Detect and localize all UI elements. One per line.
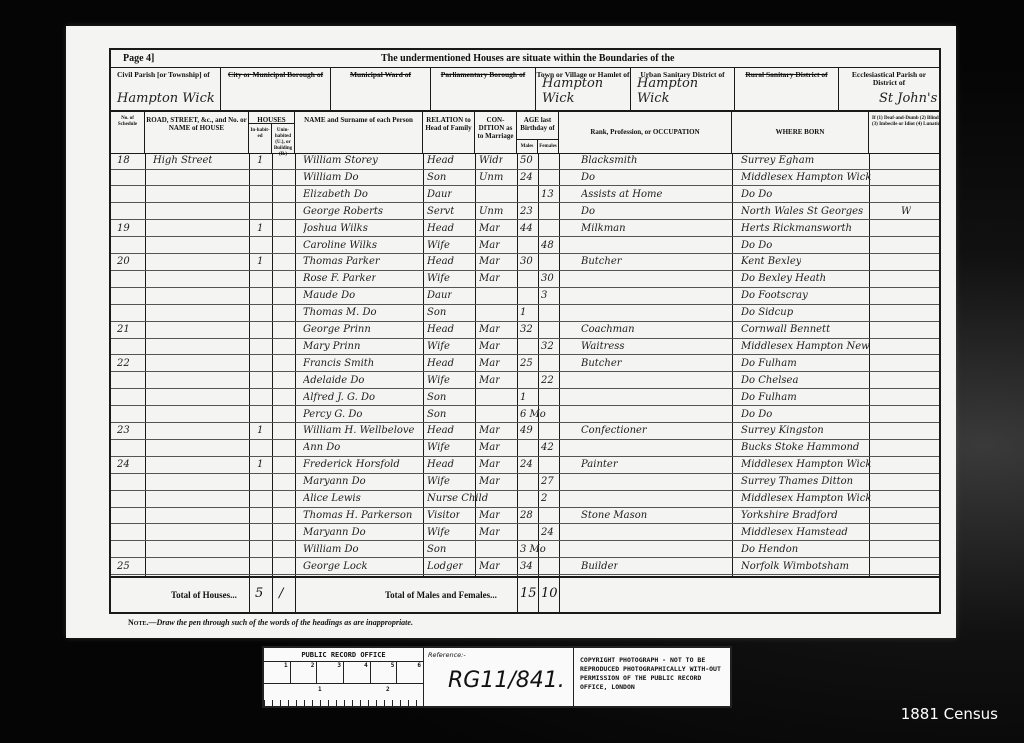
cell-relation: Servt — [427, 206, 454, 217]
title-row: Page 4] The undermentioned Houses are si… — [111, 50, 939, 68]
table-row: Caroline WilksWifeMar48Do Do — [111, 239, 939, 255]
totals-row: Total of Houses... 5 / Total of Males an… — [111, 576, 939, 612]
cell-name: George Lock — [303, 561, 368, 572]
table-row: Alice LewisNurse Child2Middlesex Hampton… — [111, 492, 939, 508]
cell-occupation: Painter — [581, 459, 618, 470]
cell-condition: Widr — [479, 155, 503, 166]
cell-name: Thomas Parker — [303, 256, 380, 267]
col-uninhabited: Unin-habited (U.), or Building (B.) — [272, 124, 295, 154]
cell-male: 44 — [520, 223, 533, 234]
cell-condition: Mar — [479, 561, 500, 572]
cell-occupation: Confectioner — [581, 425, 647, 436]
cell-name: William Do — [303, 544, 359, 555]
cell-name: Francis Smith — [303, 358, 374, 369]
cell-born: North Wales St Georges — [741, 206, 863, 217]
cell-condition: Unm — [479, 206, 503, 217]
cell-male: 24 — [520, 172, 533, 183]
col-where-born: WHERE BORN — [732, 112, 869, 153]
cell-male: 50 — [520, 155, 533, 166]
cell-born: Do Bexley Heath — [741, 273, 826, 284]
column-headers: No. of Schedule ROAD, STREET, &c., and N… — [111, 112, 939, 154]
town-value: Hampton Wick — [542, 76, 630, 106]
cell-schedule: 19 — [117, 223, 130, 234]
table-row: Ann DoWifeMar42Bucks Stoke Hammond — [111, 441, 939, 457]
cell-female: 32 — [541, 341, 554, 352]
table-row: 191Joshua WilksHeadMar44MilkmanHerts Ric… — [111, 222, 939, 238]
cell-born: Surrey Thames Ditton — [741, 476, 853, 487]
cell-born: Middlesex Hamstead — [741, 527, 848, 538]
table-row: William DoSonUnm24DoMiddlesex Hampton Wi… — [111, 171, 939, 187]
cell-female: 3 — [541, 290, 547, 301]
ecclesiastical-value: St John's — [879, 91, 937, 106]
cell-relation: Head — [427, 459, 454, 470]
cell-relation: Lodger — [427, 561, 463, 572]
cell-born: Surrey Egham — [741, 155, 814, 166]
cell-male: 23 — [520, 206, 533, 217]
cell-condition: Mar — [479, 476, 500, 487]
total-persons-label: Total of Males and Females... — [385, 590, 497, 600]
cell-relation: Head — [427, 155, 454, 166]
public-record-office-label: PUBLIC RECORD OFFICE 1 2 3 4 5 6 1 2 Ref… — [262, 646, 732, 708]
cell-female: 48 — [541, 240, 554, 251]
cell-name: Frederick Horsfold — [303, 459, 400, 470]
table-row: Rose F. ParkerWifeMar30Do Bexley Heath — [111, 272, 939, 288]
cell-name: Percy G. Do — [303, 409, 362, 420]
cell-relation: Son — [427, 409, 446, 420]
parliamentary-borough: Parliamentary Borough of — [431, 68, 536, 110]
cell-male: 30 — [520, 256, 533, 267]
civil-parish-value: Hampton Wick — [117, 91, 215, 106]
cell-male: 34 — [520, 561, 533, 572]
cell-condition: Mar — [479, 425, 500, 436]
cell-inhabited: 1 — [257, 459, 263, 470]
cell-born: Yorkshire Bradford — [741, 510, 838, 521]
census-form: Page 4] The undermentioned Houses are si… — [109, 48, 941, 614]
cell-condition: Mar — [479, 324, 500, 335]
cell-name: Maryann Do — [303, 527, 366, 538]
cell-name: Maude Do — [303, 290, 355, 301]
cell-relation: Head — [427, 223, 454, 234]
cell-male: 1 — [520, 307, 526, 318]
cell-name: William Do — [303, 172, 359, 183]
urban-value: Hampton Wick — [637, 76, 734, 106]
cell-relation: Son — [427, 392, 446, 403]
pro-ruler-block: PUBLIC RECORD OFFICE 1 2 3 4 5 6 1 2 — [264, 648, 424, 706]
cell-name: George Prinn — [303, 324, 371, 335]
cell-schedule: 23 — [117, 425, 130, 436]
cell-relation: Wife — [427, 527, 450, 538]
table-row: 18High Street1William StoreyHeadWidr50Bl… — [111, 154, 939, 170]
cell-relation: Son — [427, 172, 446, 183]
table-row: Maryann DoWifeMar27Surrey Thames Ditton — [111, 475, 939, 491]
cell-female: 22 — [541, 375, 554, 386]
table-row: 22Francis SmithHeadMar25ButcherDo Fulham — [111, 357, 939, 373]
cell-condition: Mar — [479, 240, 500, 251]
cell-relation: Head — [427, 358, 454, 369]
cell-name: Caroline Wilks — [303, 240, 377, 251]
census-year-watermark: 1881 Census — [901, 705, 998, 723]
cell-male: 25 — [520, 358, 533, 369]
col-relation: RELATION to Head of Family — [423, 112, 475, 153]
cell-name: Alfred J. G. Do — [303, 392, 375, 403]
table-row: Elizabeth DoDaur13Assists at HomeDo Do — [111, 188, 939, 204]
col-name: NAME and Surname of each Person — [295, 112, 423, 153]
cell-schedule: 24 — [117, 459, 130, 470]
rural-sanitary: Rural Sanitary District of — [735, 68, 839, 110]
cell-born: Cornwall Bennett — [741, 324, 830, 335]
cell-name: William H. Wellbelove — [303, 425, 414, 436]
cell-male: 6 Mo — [520, 409, 546, 420]
cell-born: Do Do — [741, 189, 772, 200]
municipal-ward: Municipal Ward of — [331, 68, 431, 110]
table-row: Maude DoDaur3Do Footscray — [111, 289, 939, 305]
cell-male: 49 — [520, 425, 533, 436]
ruler-ticks: 1 2 — [264, 684, 423, 706]
table-row: Thomas H. ParkersonVisitorMar28Stone Mas… — [111, 509, 939, 525]
cell-name: Rose F. Parker — [303, 273, 376, 284]
cell-schedule: 25 — [117, 561, 130, 572]
cell-occupation: Milkman — [581, 223, 626, 234]
table-row: 201Thomas ParkerHeadMar30ButcherKent Bex… — [111, 255, 939, 271]
cell-relation: Nurse Child — [427, 493, 488, 504]
col-condition: CON-DITION as to Marriage — [475, 112, 517, 153]
cell-occupation: Do — [581, 172, 595, 183]
cell-condition: Mar — [479, 341, 500, 352]
table-row: 241Frederick HorsfoldHeadMar24PainterMid… — [111, 458, 939, 474]
pro-reference-block: Reference:- RG11/841. — [424, 648, 574, 706]
cell-name: Thomas M. Do — [303, 307, 377, 318]
cell-born: Do Fulham — [741, 358, 797, 369]
cell-male: 3 Mo — [520, 544, 546, 555]
cell-born: Do Footscray — [741, 290, 808, 301]
table-row: 21George PrinnHeadMar32CoachmanCornwall … — [111, 323, 939, 339]
cell-condition: Unm — [479, 172, 503, 183]
cell-relation: Daur — [427, 290, 452, 301]
cell-born: Do Hendon — [741, 544, 798, 555]
cell-relation: Head — [427, 324, 454, 335]
table-row: Percy G. DoSon6 MoDo Do — [111, 408, 939, 424]
table-row: Mary PrinnWifeMar32WaitressMiddlesex Ham… — [111, 340, 939, 356]
cell-condition: Mar — [479, 256, 500, 267]
cell-born: Do Do — [741, 240, 772, 251]
total-houses-inhabited: 5 — [255, 586, 263, 601]
cell-relation: Wife — [427, 273, 450, 284]
footnote: Note.—Draw the pen through such of the w… — [128, 618, 413, 627]
cell-female: 2 — [541, 493, 547, 504]
cell-born: Bucks Stoke Hammond — [741, 442, 859, 453]
cell-condition: Mar — [479, 375, 500, 386]
cell-name: Ann Do — [303, 442, 340, 453]
cell-occupation: Blacksmith — [581, 155, 637, 166]
cell-condition: Mar — [479, 510, 500, 521]
cell-born: Norfolk Wimbotsham — [741, 561, 849, 572]
total-females: 10 — [541, 586, 558, 601]
cell-occupation: Butcher — [581, 256, 622, 267]
cell-born: Middlesex Hampton Wick — [741, 493, 871, 504]
cell-condition: Mar — [479, 273, 500, 284]
cell-relation: Head — [427, 425, 454, 436]
col-houses: HOUSES — [249, 112, 295, 124]
cell-born: Surrey Kingston — [741, 425, 824, 436]
col-schedule: No. of Schedule — [111, 112, 145, 153]
cell-condition: Mar — [479, 358, 500, 369]
cell-born: Do Do — [741, 409, 772, 420]
cell-schedule: 18 — [117, 155, 130, 166]
cell-relation: Wife — [427, 240, 450, 251]
table-row: Alfred J. G. DoSon1Do Fulham — [111, 391, 939, 407]
col-occupation: Rank, Profession, or OCCUPATION — [559, 112, 732, 153]
cell-relation: Son — [427, 544, 446, 555]
col-age: AGE last Birthday of — [517, 112, 559, 140]
total-houses-label: Total of Houses... — [171, 590, 237, 600]
table-row: 231William H. WellbeloveHeadMar49Confect… — [111, 424, 939, 440]
table-row: Maryann DoWifeMar24Middlesex Hamstead — [111, 526, 939, 542]
admin-boundaries: Civil Parish [or Township] of Hampton Wi… — [111, 68, 939, 112]
cell-born: Kent Bexley — [741, 256, 801, 267]
cell-inhabited: 1 — [257, 425, 263, 436]
cell-born: Do Fulham — [741, 392, 797, 403]
cell-name: Mary Prinn — [303, 341, 360, 352]
cell-relation: Wife — [427, 341, 450, 352]
table-row: Adelaide DoWifeMar22Do Chelsea — [111, 374, 939, 390]
cell-name: George Roberts — [303, 206, 383, 217]
col-inhabited: In-habit-ed — [249, 124, 272, 154]
cell-male: 24 — [520, 459, 533, 470]
cell-infirmity: W — [901, 206, 911, 217]
ecclesiastical-parish: Ecclesiastical Parish or District of St … — [839, 68, 939, 110]
cell-female: 30 — [541, 273, 554, 284]
ruler-inches: 1 2 3 4 5 6 — [264, 662, 423, 684]
cell-relation: Wife — [427, 476, 450, 487]
municipal-borough: City or Municipal Borough of — [221, 68, 331, 110]
cell-occupation: Butcher — [581, 358, 622, 369]
cell-name: Joshua Wilks — [303, 223, 368, 234]
cell-schedule: 22 — [117, 358, 130, 369]
cell-male: 28 — [520, 510, 533, 521]
cell-condition: Mar — [479, 223, 500, 234]
cell-born: Middlesex Hampton Wick — [741, 172, 871, 183]
cell-occupation: Builder — [581, 561, 618, 572]
cell-inhabited: 1 — [257, 155, 263, 166]
cell-schedule: 20 — [117, 256, 130, 267]
cell-male: 1 — [520, 392, 526, 403]
cell-born: Middlesex Hampton Wick — [741, 459, 871, 470]
cell-condition: Mar — [479, 527, 500, 538]
cell-occupation: Assists at Home — [581, 189, 662, 200]
cell-occupation: Coachman — [581, 324, 635, 335]
cell-name: Adelaide Do — [303, 375, 364, 386]
cell-female: 42 — [541, 442, 554, 453]
civil-parish: Civil Parish [or Township] of Hampton Wi… — [111, 68, 221, 110]
cell-relation: Wife — [427, 375, 450, 386]
cell-inhabited: 1 — [257, 256, 263, 267]
cell-name: William Storey — [303, 155, 378, 166]
total-houses-uninhabited: / — [279, 586, 283, 601]
cell-female: 13 — [541, 189, 554, 200]
cell-relation: Head — [427, 256, 454, 267]
col-road: ROAD, STREET, &c., and No. or NAME of HO… — [145, 112, 249, 153]
pro-office-name: PUBLIC RECORD OFFICE — [264, 648, 423, 662]
cell-road: High Street — [153, 155, 212, 166]
cell-condition: Mar — [479, 459, 500, 470]
table-row: William DoSon3 MoDo Hendon — [111, 543, 939, 559]
cell-relation: Visitor — [427, 510, 460, 521]
table-row: George RobertsServtUnm23DoNorth Wales St… — [111, 205, 939, 221]
urban-sanitary: Urban Sanitary District of Hampton Wick — [631, 68, 735, 110]
copyright-notice: COPYRIGHT PHOTOGRAPH - NOT TO BE REPRODU… — [574, 648, 730, 706]
cell-male: 32 — [520, 324, 533, 335]
cell-name: Elizabeth Do — [303, 189, 368, 200]
cell-occupation: Stone Mason — [581, 510, 647, 521]
cell-female: 24 — [541, 527, 554, 538]
col-males: Males — [517, 140, 538, 154]
cell-name: Alice Lewis — [303, 493, 361, 504]
page-number: Page 4] — [123, 53, 154, 64]
cell-relation: Daur — [427, 189, 452, 200]
total-males: 15 — [520, 586, 537, 601]
cell-name: Maryann Do — [303, 476, 366, 487]
census-table-body: 18High Street1William StoreyHeadWidr50Bl… — [111, 154, 939, 576]
table-row: 25George LockLodgerMar34BuilderNorfolk W… — [111, 560, 939, 576]
cell-female: 27 — [541, 476, 554, 487]
cell-relation: Wife — [427, 442, 450, 453]
col-infirmity: If (1) Deaf-and-Dumb (2) Blind (3) Imbec… — [869, 112, 941, 153]
cell-occupation: Do — [581, 206, 595, 217]
town-village: Town or Village or Hamlet of Hampton Wic… — [536, 68, 631, 110]
reference-number: RG11/841. — [448, 668, 565, 693]
cell-born: Middlesex Hampton New — [741, 341, 870, 352]
cell-occupation: Waitress — [581, 341, 625, 352]
cell-schedule: 21 — [117, 324, 130, 335]
cell-born: Herts Rickmansworth — [741, 223, 852, 234]
col-females: Females — [538, 140, 559, 154]
cell-relation: Son — [427, 307, 446, 318]
table-row: Thomas M. DoSon1Do Sidcup — [111, 306, 939, 322]
cell-born: Do Sidcup — [741, 307, 793, 318]
cell-condition: Mar — [479, 442, 500, 453]
cell-inhabited: 1 — [257, 223, 263, 234]
cell-name: Thomas H. Parkerson — [303, 510, 412, 521]
census-sheet: Page 4] The undermentioned Houses are si… — [66, 26, 956, 638]
form-title: The undermentioned Houses are situate wi… — [381, 53, 674, 64]
cell-born: Do Chelsea — [741, 375, 798, 386]
